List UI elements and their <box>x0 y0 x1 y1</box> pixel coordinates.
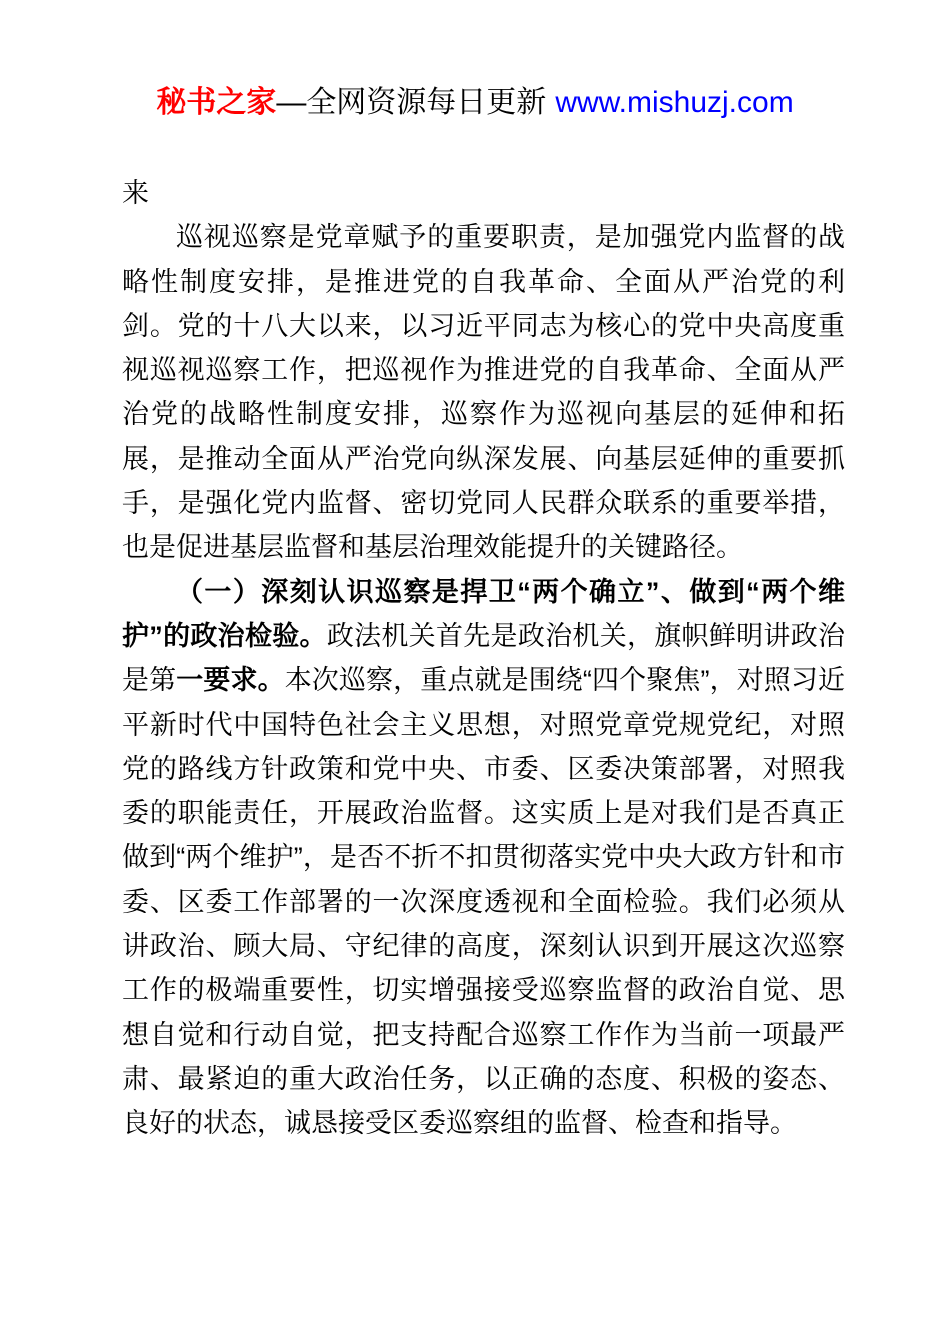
paragraph-2-text-c: 本次巡察，重点就是围绕“四个聚焦”，对照习近平新时代中国特色社会主义思想，对照党… <box>122 665 845 1138</box>
paragraph-2-bold-b: 一要求。 <box>176 665 284 695</box>
paragraph-1: 巡视巡察是党章赋予的重要职责，是加强党内监督的战略性制度安排，是推进党的自我革命… <box>122 215 845 569</box>
document-body: 来 巡视巡察是党章赋予的重要职责，是加强党内监督的战略性制度安排，是推进党的自我… <box>0 171 950 1146</box>
document-header: 秘书之家—全网资源每日更新www.mishuzj.com <box>0 0 950 121</box>
paragraph-continuation-line: 来 <box>122 171 845 215</box>
document-page: 秘书之家—全网资源每日更新www.mishuzj.com 来 巡视巡察是党章赋予… <box>0 0 950 1344</box>
paragraph-2: （一）深刻认识巡察是捍卫“两个确立”、做到“两个维护”的政治检验。政法机关首先是… <box>122 570 845 1146</box>
header-dash: — <box>276 86 306 119</box>
site-name: 秘书之家 <box>156 86 276 119</box>
header-tagline: 全网资源每日更新 <box>306 86 546 119</box>
site-url-link[interactable]: www.mishuzj.com <box>555 86 793 119</box>
